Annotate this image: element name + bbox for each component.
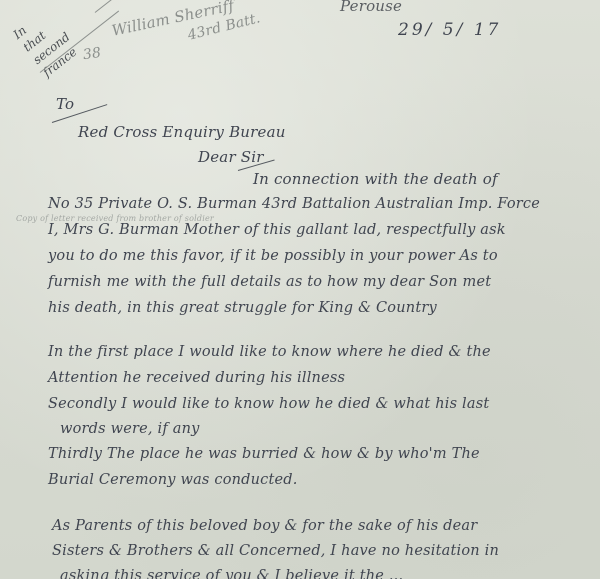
letter-line: his death, in this great struggle for Ki… [48,300,437,316]
margin-note-divider [95,0,119,13]
pencil-number: 38 [82,45,102,63]
letter-line: Sisters & Brothers & all Concerned, I ha… [52,543,499,559]
letter-line: I, Mrs G. Burman Mother of this gallant … [48,222,506,238]
letter-line: Thirdly The place he was burried & how &… [48,446,480,462]
letter-line: In the first place I would like to know … [48,344,491,360]
letter-line: Attention he received during his illness [48,370,345,386]
letter-line: In connection with the death of [253,170,498,188]
to-label: To [56,95,74,113]
header-place: Perouse [340,0,402,15]
letter-line: furnish me with the full details as to h… [48,274,491,290]
greeting: Dear Sir [198,148,264,166]
letter-page: In that second france 38 William Sherrif… [0,0,600,579]
letter-line: you to do me this favor, if it be possib… [48,248,498,264]
header-date: 29/ 5/ 17 [398,20,501,40]
letter-line: words were, if any [60,421,200,437]
letter-line: As Parents of this beloved boy & for the… [52,518,477,534]
letter-line: Secondly I would like to know how he die… [48,396,489,412]
letter-line: asking this service of you & I believe i… [60,568,403,579]
addressee: Red Cross Enquiry Bureau [78,123,286,141]
letter-line: Burial Ceremony was conducted. [48,472,298,488]
letter-line: No 35 Private O. S. Burman 43rd Battalio… [48,196,540,212]
margin-note: In that second france [10,4,83,81]
